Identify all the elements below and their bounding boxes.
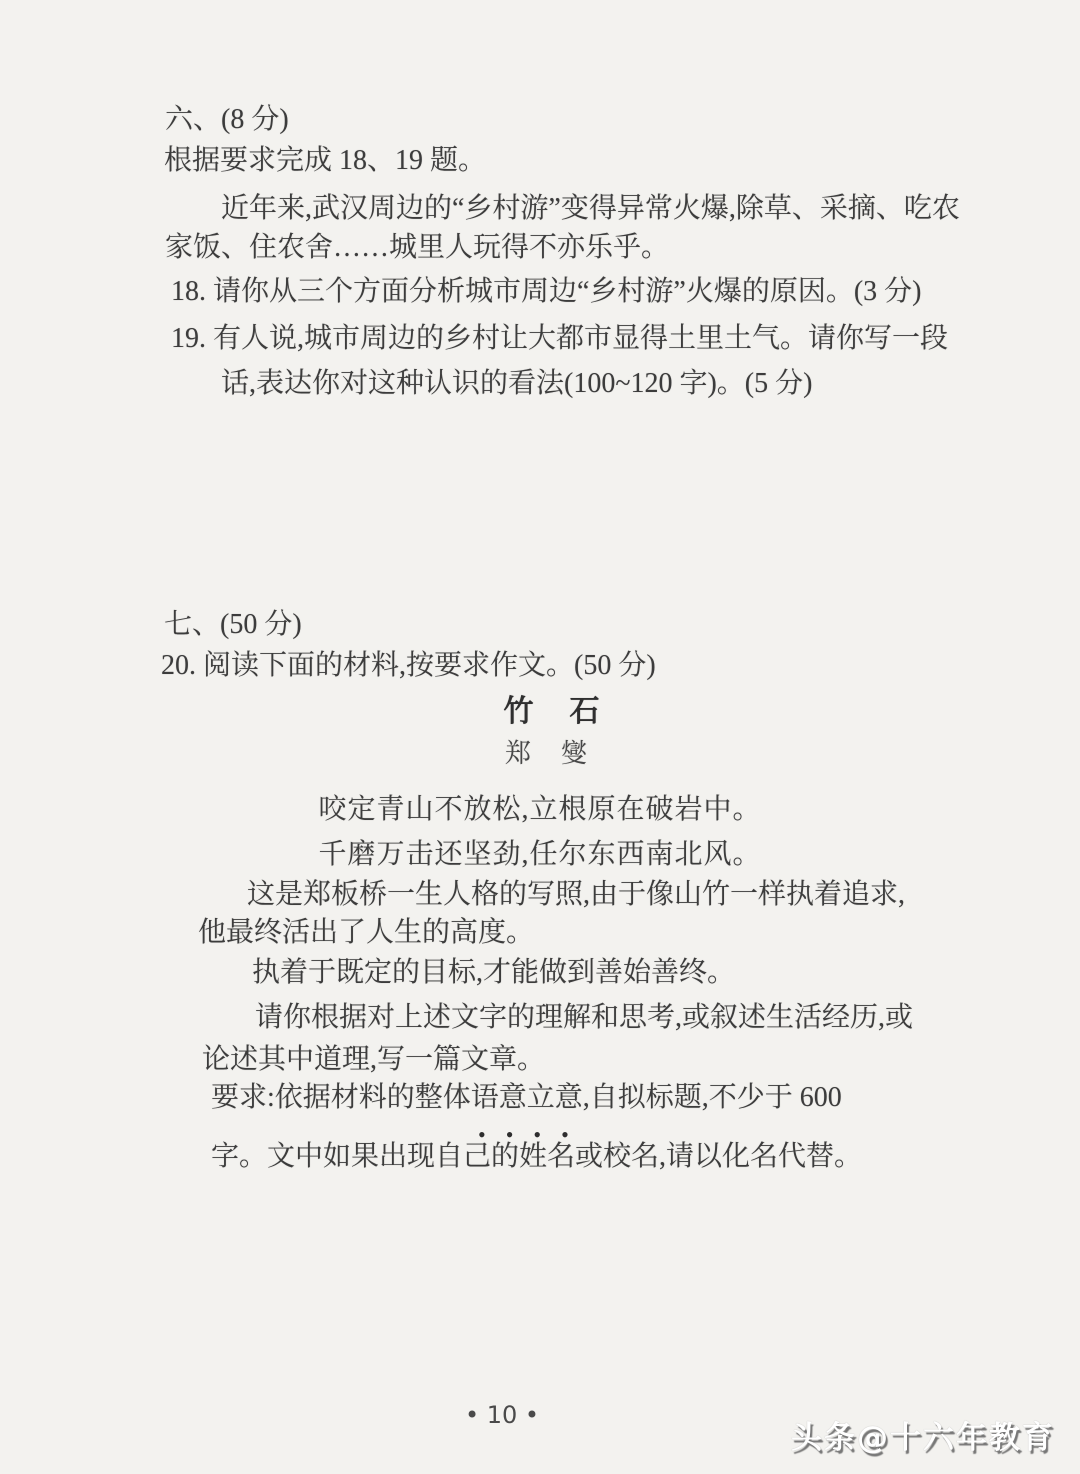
section-six-heading: 六、(8 分) xyxy=(165,103,289,137)
poem-title: 竹 石 xyxy=(13,694,1080,730)
passage-line-2: 家饭、住农舍……城里人玩得不亦乐乎。 xyxy=(165,231,669,265)
poem-line-2: 千磨万击还坚劲,任尔东西南北风。 xyxy=(0,838,1080,872)
question-20: 20. 阅读下面的材料,按要求作文。(50 分) xyxy=(161,649,656,683)
section-seven-heading: 七、(50 分) xyxy=(164,608,302,642)
toutiao-watermark: 头条@十六年教育 xyxy=(791,1420,1055,1456)
requirement-line-1: 要求:依据材料的整体语意立意,自拟标题,不少于 600 xyxy=(211,1081,842,1115)
task-line-1: 请你根据对上述文字的理解和思考,或叙述生活经历,或 xyxy=(255,1001,913,1035)
poem-line-1: 咬定青山不放松,立根原在破岩中。 xyxy=(0,793,1080,827)
section-six-instruction: 根据要求完成 18、19 题。 xyxy=(164,144,486,178)
task-line-2: 论述其中道理,写一篇文章。 xyxy=(202,1043,545,1077)
exam-page: 六、(8 分) 根据要求完成 18、19 题。 近年来,武汉周边的“乡村游”变得… xyxy=(0,0,1080,1474)
poem-author: 郑 燮 xyxy=(7,737,1080,771)
commentary-line-1: 这是郑板桥一生人格的写照,由于像山竹一样执着追求, xyxy=(247,878,905,912)
passage-line-1: 近年来,武汉周边的“乡村游”变得异常火爆,除草、采摘、吃农 xyxy=(221,192,960,226)
commentary-line-2: 他最终活出了人生的高度。 xyxy=(198,916,534,950)
question-19-line-1: 19. 有人说,城市周边的乡村让大都市显得土里土气。请你写一段 xyxy=(171,322,948,356)
requirement-line-2: 字。文中如果出现自己的姓名或校名,请以化名代替。 xyxy=(211,1140,862,1174)
commentary-line-3: 执着于既定的目标,才能做到善始善终。 xyxy=(252,956,735,990)
question-19-line-2: 话,表达你对这种认识的看法(100~120 字)。(5 分) xyxy=(221,367,812,401)
question-18: 18. 请你从三个方面分析城市周边“乡村游”火爆的原因。(3 分) xyxy=(171,275,922,309)
